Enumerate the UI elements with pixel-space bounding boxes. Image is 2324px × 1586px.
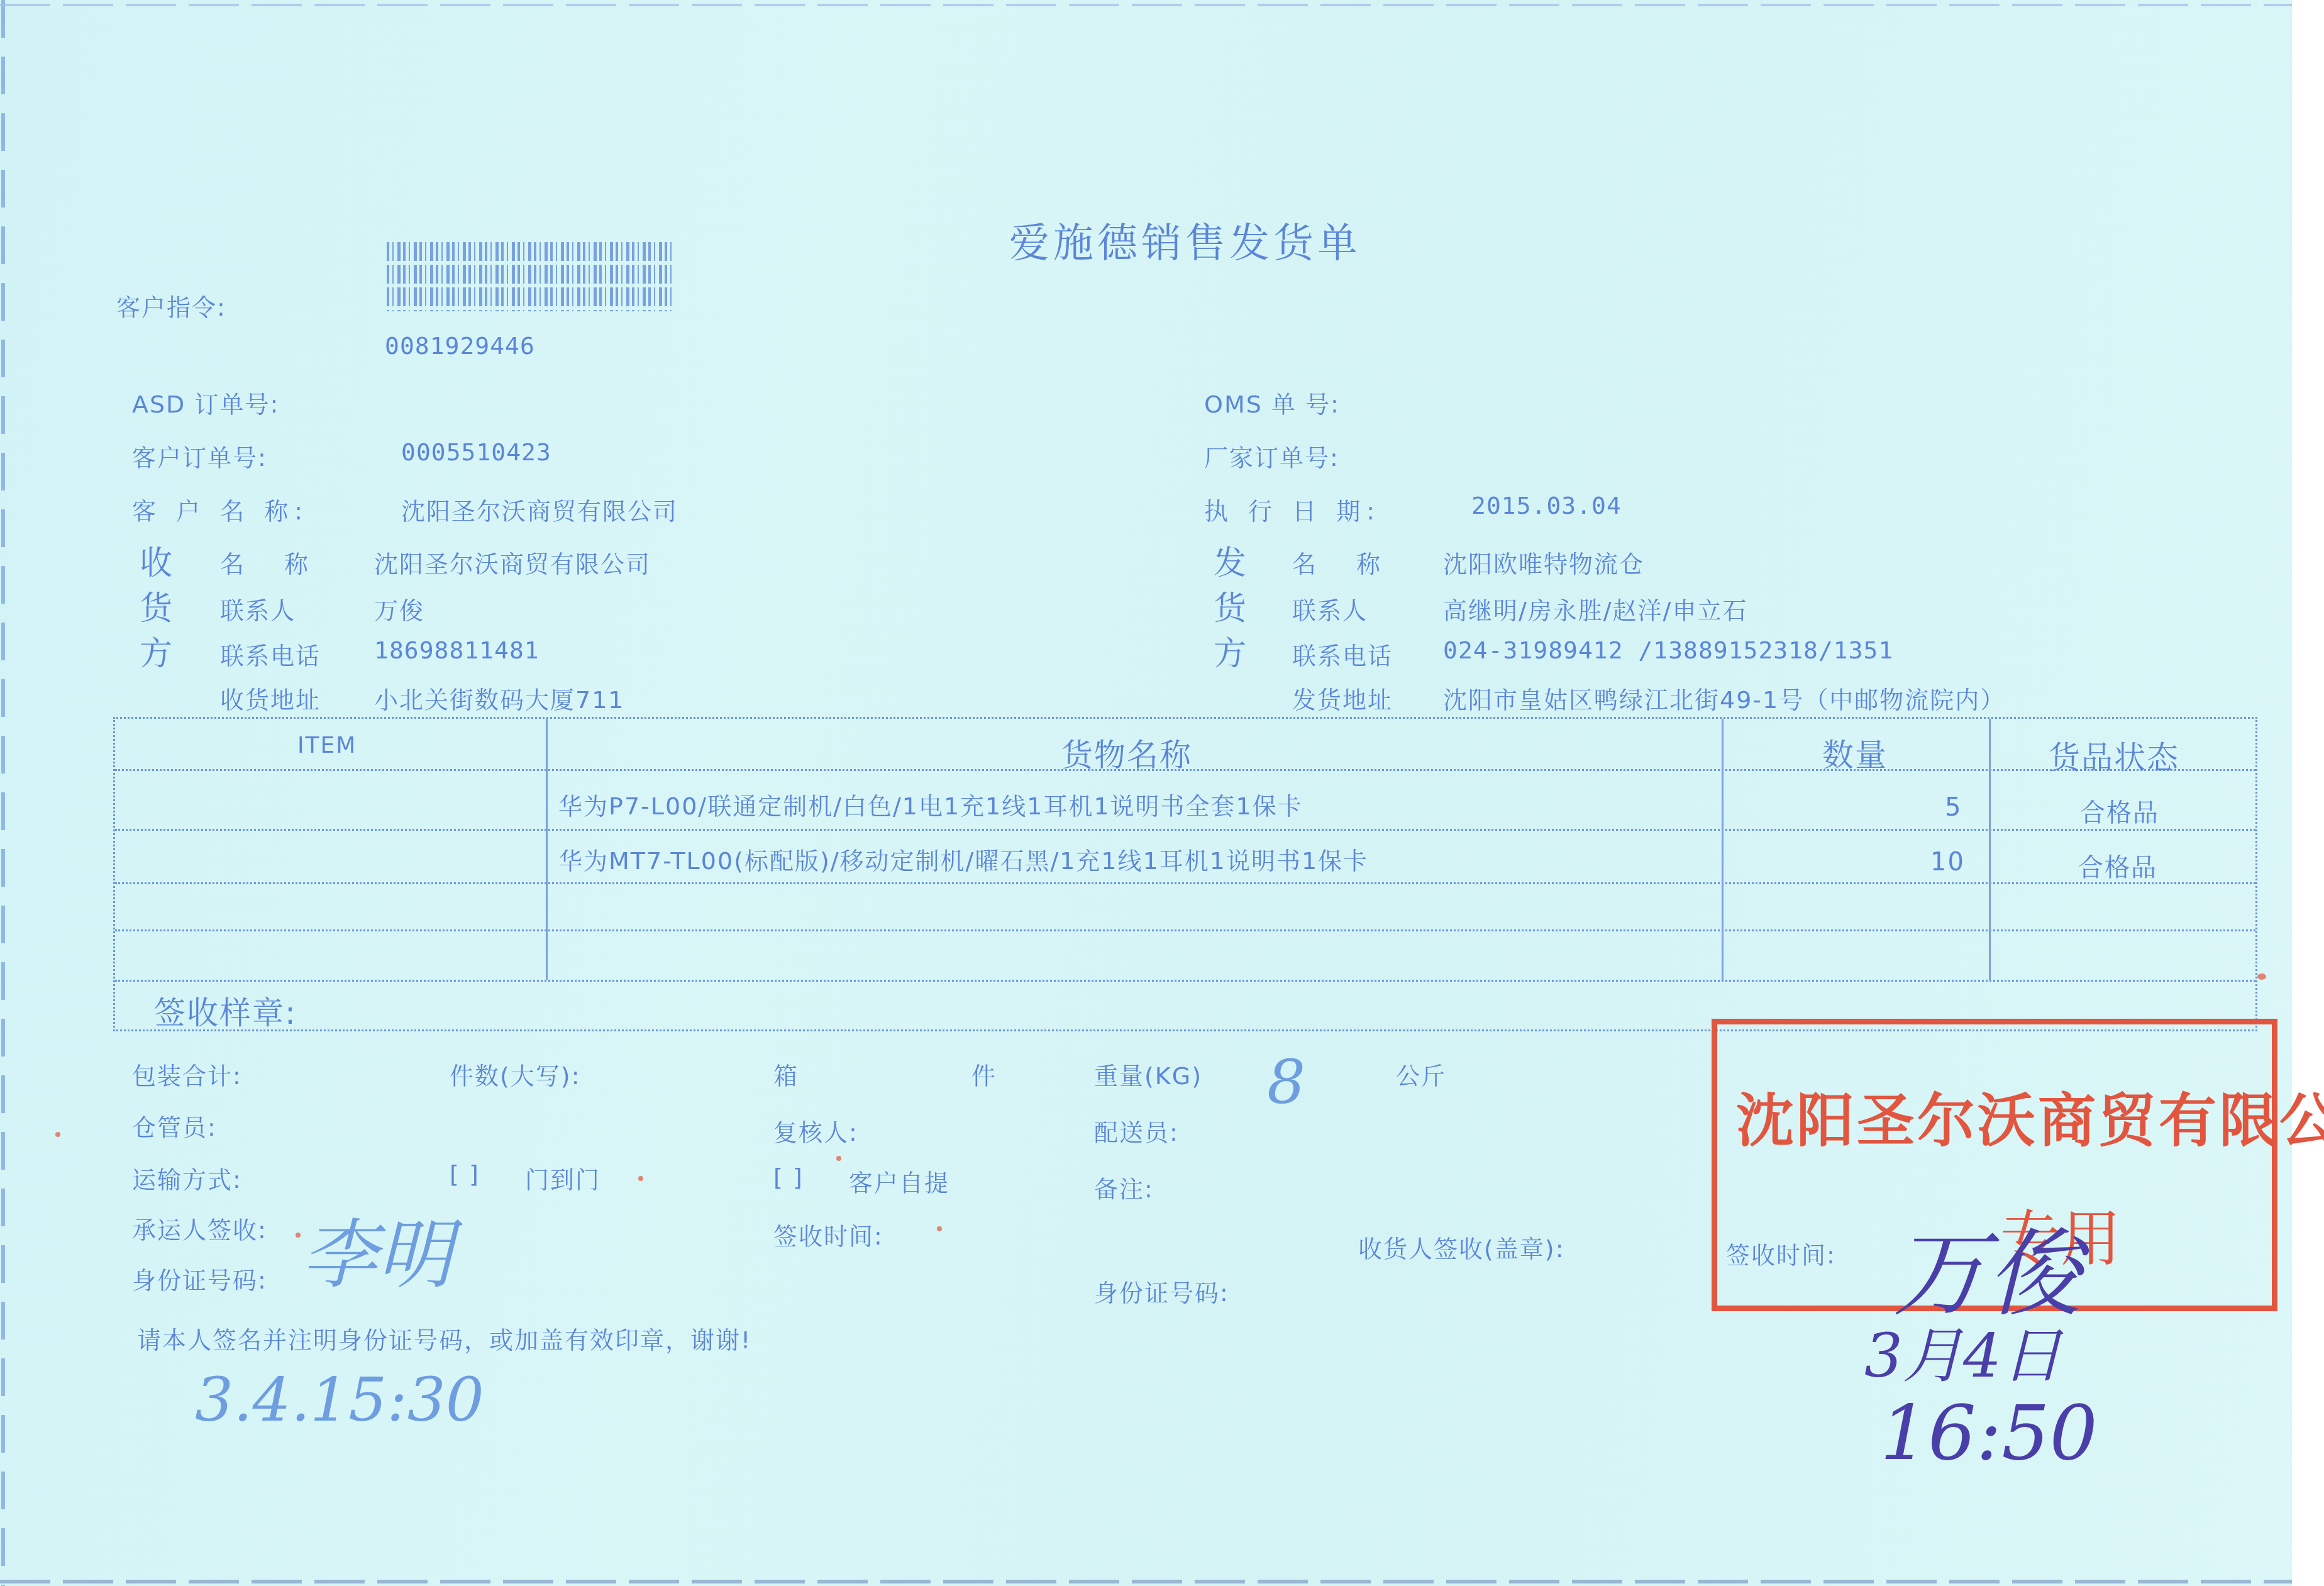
table-column-divider (1722, 719, 1724, 980)
sender-side-label-3: 方 (1214, 627, 1248, 674)
sender-side-label-1: 发 (1214, 536, 1248, 584)
left-perforation (1, 0, 5, 1586)
ink-speck (638, 1176, 643, 1181)
row-quantity: 5 (1945, 793, 1962, 822)
header-goods-name: 货物名称 (1061, 730, 1192, 775)
piece-unit-label: 件 (971, 1056, 997, 1091)
receiver-phone-label: 联系电话 (220, 636, 321, 671)
document-title: 爱施德销售发货单 (1009, 211, 1361, 269)
sender-phone-label: 联系电话 (1292, 636, 1393, 671)
sender-name-label: 名 称 (1292, 545, 1397, 579)
weight-value: 8 (1267, 1047, 1305, 1117)
ink-speck (2257, 973, 2266, 980)
receiver-handwritten-time: 16:50 (1880, 1390, 2098, 1477)
barcode-icon (387, 242, 673, 311)
customer-order-value: 0005510423 (401, 438, 551, 466)
customer-name-label: 客 户 名 称: (132, 492, 309, 526)
header-item: ITEM (297, 733, 357, 758)
receiver-phone-value: 18698811481 (374, 636, 539, 664)
carrier-signature: 李明 (302, 1195, 453, 1303)
factory-order-label: 厂家订单号: (1204, 438, 1339, 473)
table-divider (115, 829, 2255, 831)
row-status: 合格品 (2078, 848, 2157, 884)
header-quantity: 数量 (1822, 730, 1888, 775)
pieces-label: 件数(大写): (450, 1056, 580, 1091)
ink-speck (937, 1226, 942, 1231)
stamp-company-name: 沈阳圣尔沃商贸有限公司 (1736, 1075, 2324, 1158)
carrier-sign-time-label: 签收时间: (773, 1217, 883, 1251)
bottom-perforation (0, 1580, 2292, 1583)
receiver-contact-value: 万俊 (374, 591, 424, 626)
table-divider (115, 882, 2255, 884)
weight-unit-label: 公斤 (1396, 1056, 1446, 1091)
receiver-handwritten-date: 3月4日 (1864, 1308, 2062, 1394)
deliverer-label: 配送员: (1094, 1113, 1179, 1148)
row-quantity: 10 (1930, 848, 1965, 877)
customer-order-label: 客户订单号: (132, 438, 267, 473)
goods-table: ITEM 货物名称 数量 货品状态 华为P7-L00/联通定制机/白色/1电1充… (113, 717, 2257, 1031)
receiver-side-label-1: 收 (140, 536, 174, 584)
table-divider (115, 980, 2255, 982)
ink-speck (55, 1132, 60, 1137)
exec-date-label: 执 行 日 期: (1204, 492, 1381, 526)
sender-side-label-2: 货 (1214, 582, 1248, 629)
warehouse-keeper-label: 仓管员: (132, 1108, 217, 1143)
row-goods-name: 华为P7-L00/联通定制机/白色/1电1充1线1耳机1说明书全套1保卡 (558, 787, 1303, 821)
receiver-side-label-2: 货 (140, 582, 174, 629)
receiver-address-value: 小北关街数码大厦711 (374, 680, 625, 715)
sender-name-value: 沈阳欧唯特物流仓 (1443, 545, 1644, 579)
exec-date-value: 2015.03.04 (1471, 492, 1622, 519)
receiver-id-label: 身份证号码: (1094, 1273, 1229, 1308)
customer-instruction-label: 客户指令: (116, 288, 226, 323)
customer-name-value: 沈阳圣尔沃商贸有限公司 (401, 492, 678, 526)
customer-instruction-number: 0081929446 (385, 332, 535, 360)
sender-phone-value: 024-31989412 /13889152318/1351 (1443, 636, 1893, 664)
door-to-door-checkbox[interactable]: [ ] (450, 1160, 480, 1188)
remark-label: 备注: (1094, 1170, 1154, 1204)
sign-sample-label: 签收样章: (154, 988, 297, 1033)
table-column-divider (1989, 719, 1991, 980)
receiver-name-value: 沈阳圣尔沃商贸有限公司 (374, 545, 651, 579)
self-pickup-label: 客户自提 (849, 1163, 949, 1198)
sender-contact-label: 联系人 (1292, 591, 1368, 626)
weight-label: 重量(KG) (1094, 1056, 1202, 1091)
box-unit-label: 箱 (773, 1056, 799, 1091)
self-pickup-checkbox[interactable]: [ ] (773, 1163, 804, 1191)
carrier-id-label: 身份证号码: (132, 1261, 267, 1295)
oms-order-label: OMS 单 号: (1204, 385, 1340, 419)
ink-speck (836, 1156, 841, 1161)
table-column-divider (546, 719, 548, 980)
door-to-door-label: 门到门 (525, 1160, 600, 1195)
row-goods-name: 华为MT7-TL00(标配版)/移动定制机/曜石黑/1充1线1耳机1说明书1保卡 (558, 841, 1368, 876)
transport-method-label: 运输方式: (132, 1160, 242, 1195)
signature-notice: 请本人签名并注明身份证号码，或加盖有效印章，谢谢! (137, 1321, 751, 1355)
sender-address-label: 发货地址 (1292, 680, 1393, 715)
row-status: 合格品 (2080, 793, 2159, 829)
table-divider (115, 929, 2255, 931)
carrier-handwritten-time: 3.4.15:30 (195, 1365, 484, 1435)
receiver-sign-label: 收货人签收(盖章): (1358, 1229, 1564, 1264)
package-total-label: 包装合计: (132, 1056, 242, 1091)
receiver-name-label: 名 称 (220, 545, 324, 579)
reviewer-label: 复核人: (773, 1113, 858, 1148)
sender-address-value: 沈阳市皇姑区鸭绿江北街49-1号（中邮物流院内） (1443, 680, 2005, 715)
receiver-side-label-3: 方 (140, 627, 174, 674)
asd-order-label: ASD 订单号: (132, 385, 279, 419)
receiver-contact-label: 联系人 (220, 591, 296, 626)
top-perforation (0, 4, 2292, 6)
ink-speck (296, 1233, 301, 1238)
carrier-sign-label: 承运人签收: (132, 1211, 267, 1245)
receiver-address-label: 收货地址 (220, 680, 321, 715)
sender-contact-value: 高继明/房永胜/赵洋/申立石 (1443, 591, 1747, 626)
header-goods-status: 货品状态 (2049, 733, 2179, 778)
